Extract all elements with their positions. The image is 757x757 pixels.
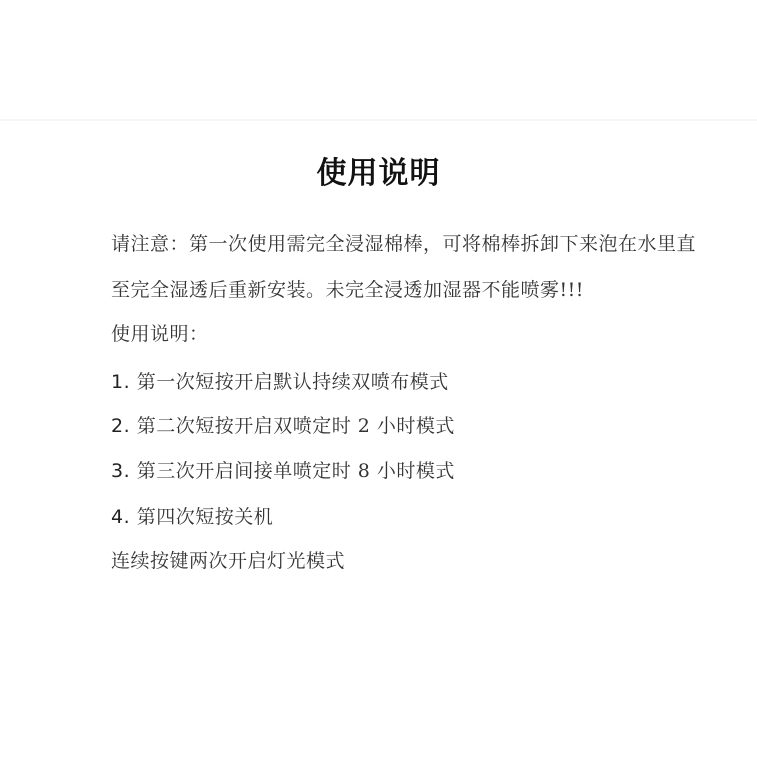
step-item-3: 3. 第三次开启间接单喷定时 8 小时模式 — [111, 456, 455, 483]
document-page — [0, 121, 757, 757]
step-text: 第二次短按开启双喷定时 2 小时模式 — [137, 415, 455, 437]
step-item-4: 4. 第四次短按关机 — [111, 502, 273, 529]
notice-line-2: 至完全湿透后重新安装。未完全浸透加湿器不能喷雾!!! — [111, 275, 584, 302]
step-number: 2. — [111, 415, 130, 437]
step-number: 1. — [111, 371, 130, 393]
step-number: 3. — [111, 460, 130, 482]
page-title: 使用说明 — [0, 148, 757, 192]
notice-line-1: 请注意：第一次使用需完全浸湿棉棒，可将棉棒拆卸下来泡在水里直 — [111, 229, 696, 256]
step-text: 第四次短按关机 — [137, 506, 274, 528]
top-blank-area — [0, 0, 757, 119]
step-number: 4. — [111, 506, 130, 528]
step-text: 第三次开启间接单喷定时 8 小时模式 — [137, 460, 455, 482]
step-item-2: 2. 第二次短按开启双喷定时 2 小时模式 — [111, 411, 455, 438]
footer-note: 连续按键两次开启灯光模式 — [111, 546, 345, 573]
section-heading: 使用说明： — [111, 319, 209, 346]
step-item-1: 1. 第一次短按开启默认持续双喷布模式 — [111, 367, 449, 394]
step-text: 第一次短按开启默认持续双喷布模式 — [137, 371, 449, 393]
